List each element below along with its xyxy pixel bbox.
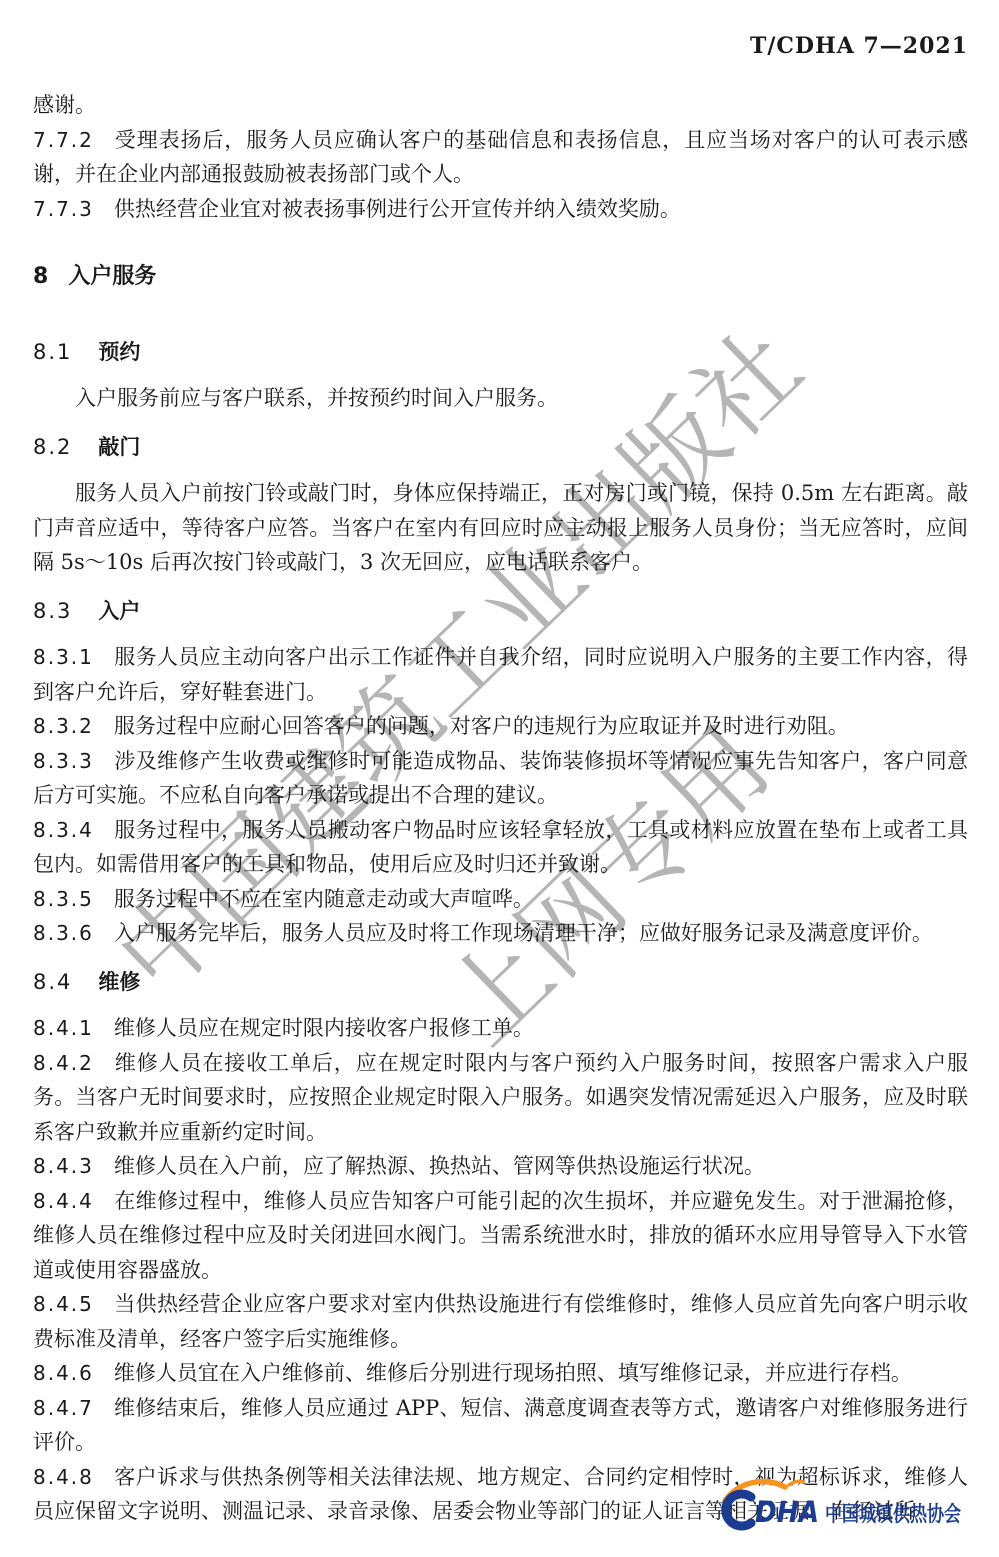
- clause-number: 8.3.2: [33, 714, 94, 738]
- clause-number: 8.3.3: [33, 749, 94, 773]
- clause-number: 8.4.1: [33, 1016, 94, 1040]
- heading-title: 预约: [98, 340, 140, 364]
- clause-8.3.1: 8.3.1服务人员应主动向客户出示工作证件并自我介绍，同时应说明入户服务的主要工…: [33, 640, 968, 709]
- heading-8.2: 8.2敲门: [33, 430, 968, 465]
- heading-8.1: 8.1预约: [33, 335, 968, 370]
- clause-number: 7.7.3: [33, 197, 94, 221]
- standard-number: T/CDHA 7—2021: [750, 33, 968, 59]
- heading-8.4: 8.4维修: [33, 965, 968, 1000]
- clause-8.3.4: 8.3.4服务过程中，服务人员搬动客户物品时应该轻拿轻放，工具或材料应放置在垫布…: [33, 813, 968, 882]
- clause-8.4.2: 8.4.2维修人员在接收工单后，应在规定时限内与客户预约入户服务时间，按照客户需…: [33, 1046, 968, 1150]
- clause-number: 8.3.6: [33, 921, 94, 945]
- cdha-logo-abbr: DHA: [755, 1495, 819, 1529]
- clause-number: 8.4.6: [33, 1361, 94, 1385]
- heading-number: 8.2: [33, 435, 72, 459]
- clause-number: 8.3.5: [33, 887, 94, 911]
- heading-title: 敲门: [98, 435, 140, 459]
- document-page: 中国建筑工业出版社 上网专用 T/CDHA 7—2021 感谢。7.7.2受理表…: [0, 0, 999, 1557]
- body-paragraph: 入户服务前应与客户联系，并按预约时间入户服务。: [33, 381, 968, 416]
- clause-8.4.7: 8.4.7维修结束后，维修人员应通过 APP、短信、满意度调查表等方式，邀请客户…: [33, 1391, 968, 1460]
- clause-number: 8.3.4: [33, 818, 94, 842]
- heading-title: 维修: [98, 970, 140, 994]
- cdha-org-name: 中国城镇供热协会: [825, 1502, 961, 1526]
- clause-8.3.5: 8.3.5服务过程中不应在室内随意走动或大声喧哗。: [33, 882, 968, 917]
- clause-7.7.3: 7.7.3供热经营企业宜对被表扬事例进行公开宣传并纳入绩效奖励。: [33, 192, 968, 227]
- clause-8.4.6: 8.4.6维修人员宜在入户维修前、维修后分别进行现场拍照、填写维修记录，并应进行…: [33, 1356, 968, 1391]
- clause-number: 8.4.7: [33, 1396, 94, 1420]
- logo-c-mark-icon: [726, 1494, 751, 1526]
- clause-number: 8.3.1: [33, 645, 94, 669]
- body-paragraph: 感谢。: [33, 88, 968, 123]
- heading-title: 入户服务: [68, 264, 156, 289]
- heading-number: 8.1: [33, 340, 72, 364]
- clause-8.4.5: 8.4.5当供热经营企业应客户要求对室内供热设施进行有偿维修时，维修人员应首先向…: [33, 1287, 968, 1356]
- clause-8.3.6: 8.3.6入户服务完毕后，服务人员应及时将工作现场清理干净；应做好服务记录及满意…: [33, 916, 968, 951]
- clause-number: 8.4.3: [33, 1154, 94, 1178]
- clause-number: 8.4.4: [33, 1189, 94, 1213]
- cdha-logo: DHA 中国城镇供热协会: [713, 1477, 963, 1535]
- heading-number: 8: [33, 264, 50, 289]
- page-header: T/CDHA 7—2021: [750, 33, 968, 59]
- clause-8.3.2: 8.3.2服务过程中应耐心回答客户的问题，对客户的违规行为应取证并及时进行劝阻。: [33, 709, 968, 744]
- clause-number: 8.4.8: [33, 1465, 94, 1489]
- clause-number: 7.7.2: [33, 128, 94, 152]
- clause-8.3.3: 8.3.3涉及维修产生收费或维修时可能造成物品、装饰装修损坏等情况应事先告知客户…: [33, 744, 968, 813]
- clause-8.4.3: 8.4.3维修人员在入户前，应了解热源、换热站、管网等供热设施运行状况。: [33, 1149, 968, 1184]
- clause-8.4.4: 8.4.4在维修过程中，维修人员应告知客户可能引起的次生损坏，并应避免发生。对于…: [33, 1184, 968, 1288]
- heading-number: 8.3: [33, 599, 72, 623]
- clause-number: 8.4.5: [33, 1292, 94, 1316]
- body-paragraph: 服务人员入户前按门铃或敲门时，身体应保持端正，正对房门或门镜，保持 0.5m 左…: [33, 476, 968, 580]
- clause-7.7.2: 7.7.2受理表扬后，服务人员应确认客户的基础信息和表扬信息，且应当场对客户的认…: [33, 123, 968, 192]
- cdha-logo-graphic: DHA 中国城镇供热协会: [713, 1477, 963, 1535]
- clause-number: 8.4.2: [33, 1051, 94, 1075]
- heading-8.3: 8.3入户: [33, 594, 968, 629]
- heading-number: 8.4: [33, 970, 72, 994]
- heading-8: 8入户服务: [33, 260, 968, 295]
- clause-8.4.1: 8.4.1维修人员应在规定时限内接收客户报修工单。: [33, 1011, 968, 1046]
- heading-title: 入户: [98, 599, 140, 623]
- document-body: 感谢。7.7.2受理表扬后，服务人员应确认客户的基础信息和表扬信息，且应当场对客…: [33, 88, 968, 1529]
- logo-spark-icon: [789, 1481, 803, 1485]
